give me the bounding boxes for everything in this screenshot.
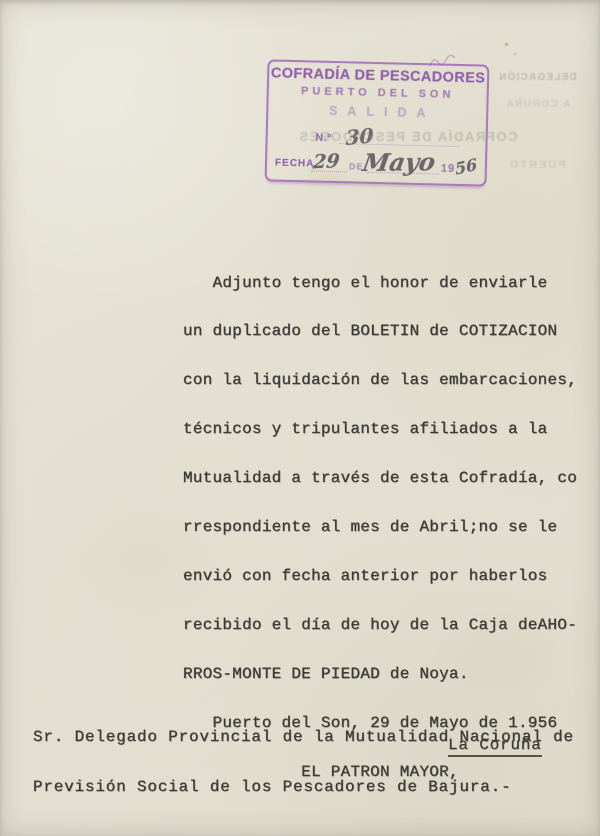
stamp-month-handwritten: Mayo (361, 147, 438, 177)
address-line: Previsión Social de los Pescadores de Ba… (33, 779, 574, 796)
stamp-salida-label: SALIDA (268, 102, 486, 121)
body-line: rrespondiente al mes de Abril;no se le (183, 519, 577, 535)
stamp-port-name: PUERTO DEL SON (269, 84, 487, 101)
recipient-city: La Coruña (448, 736, 542, 757)
recipient-address: Sr. Delegado Provincial de la Mutualidad… (33, 696, 574, 829)
body-line: con la liquidación de las embarcaciones, (183, 372, 577, 388)
body-line: RROS-MONTE DE PIEDAD de Noya. (183, 666, 577, 682)
paper-stain (513, 52, 517, 56)
paper-stain (504, 42, 509, 47)
stamp-number-label: N.º (315, 133, 332, 144)
body-line: Mutualidad a través de esta Cofradía, co (183, 470, 577, 486)
stamp-date-row: FECHA 29 DE Mayo 19 56 (275, 158, 479, 174)
ghost-text-delegacion: DELEGACIÓN (498, 72, 577, 83)
body-line: técnicos y tripulantes afiliados a la (183, 421, 577, 437)
stamp-number-handwritten: 30 (346, 123, 374, 150)
body-line: envió con fecha anterior por haberlos (183, 568, 577, 584)
pen-scribble (428, 54, 458, 70)
body-line: Adjunto tengo el honor de enviarle (183, 275, 577, 291)
body-line: un duplicado del BOLETIN de COTIZACION (183, 323, 577, 339)
ghost-text-coruna: A CORUÑA (505, 99, 571, 110)
ghost-text-puerto: PUERTO (508, 159, 566, 171)
stamp-day-handwritten: 29 (312, 150, 341, 173)
stamp-year-handwritten: 56 (454, 155, 478, 179)
document-page: DELEGACIÓN A CORUÑA COFRADÍA DE PESCADOR… (0, 0, 600, 836)
stamp-year-printed: 19 (441, 163, 456, 175)
rubber-stamp: COFRADÍA DE PESCADORES PUERTO DEL SON SA… (265, 59, 490, 186)
stamp-number-row: N.º 30 (315, 133, 465, 148)
body-line: recibido el día de hoy de la Caja deAHO- (183, 617, 577, 633)
stamp-date-label: FECHA (275, 158, 315, 170)
